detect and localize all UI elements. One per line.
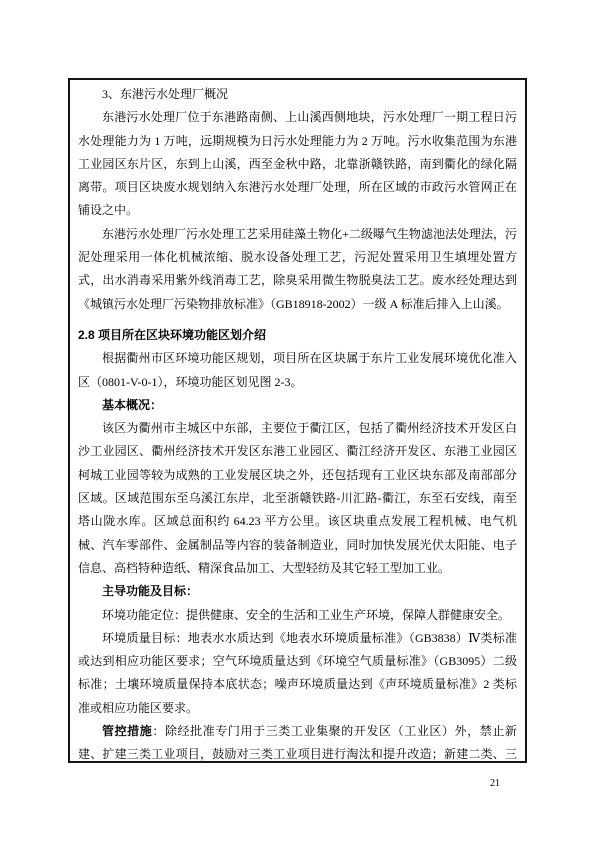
paragraph-environment-positioning: 环境功能定位：提供健康、安全的生活和工业生产环境，保障人群健康安全。 [78,604,517,627]
paragraph-quality-goals: 环境质量目标：地表水水质达到《地表水环境质量标准》（GB3838）Ⅳ类标准或达到… [78,627,517,720]
subheading-basic-overview: 基本概况： [78,394,517,417]
paragraph-wwtp-process: 东港污水处理厂污水处理工艺采用硅藻土物化+二级曝气生物滤池法处理法，污泥处理采用… [78,223,517,316]
subheading-main-functions-goals: 主导功能及目标： [78,580,517,603]
paragraph-function-zone-intro: 根据衢州市区环境功能区规划，项目所在区块属于东片工业发展环境优化准入区（0801… [78,347,517,394]
control-measures-lead: 管控措施 [102,724,152,738]
document-page: 3、东港污水处理厂概况 东港污水处理厂位于东港路南侧、上山溪西侧地块，污水处理厂… [0,0,595,841]
paragraph-wwtp-location: 东港污水处理厂位于东港路南侧、上山溪西侧地块，污水处理厂一期工程日污水处理能力为… [78,106,517,222]
paragraph-basic-overview: 该区为衢州市主城区中东部，主要位于衢江区，包括了衢州经济技术开发区白沙工业园区、… [78,417,517,580]
section-heading-2-8: 2.8 项目所在区块环境功能区划介绍 [78,324,517,347]
page-number: 21 [490,778,500,789]
paragraph-control-measures: 管控措施：除经批准专门用于三类工业集聚的开发区（工业区）外，禁止新建、扩建三类工… [78,720,517,763]
content-border-box: 3、东港污水处理厂概况 东港污水处理厂位于东港路南侧、上山溪西侧地块，污水处理厂… [68,78,527,763]
paragraph-dongang-wwtp-subheading: 3、东港污水处理厂概况 [78,83,517,106]
